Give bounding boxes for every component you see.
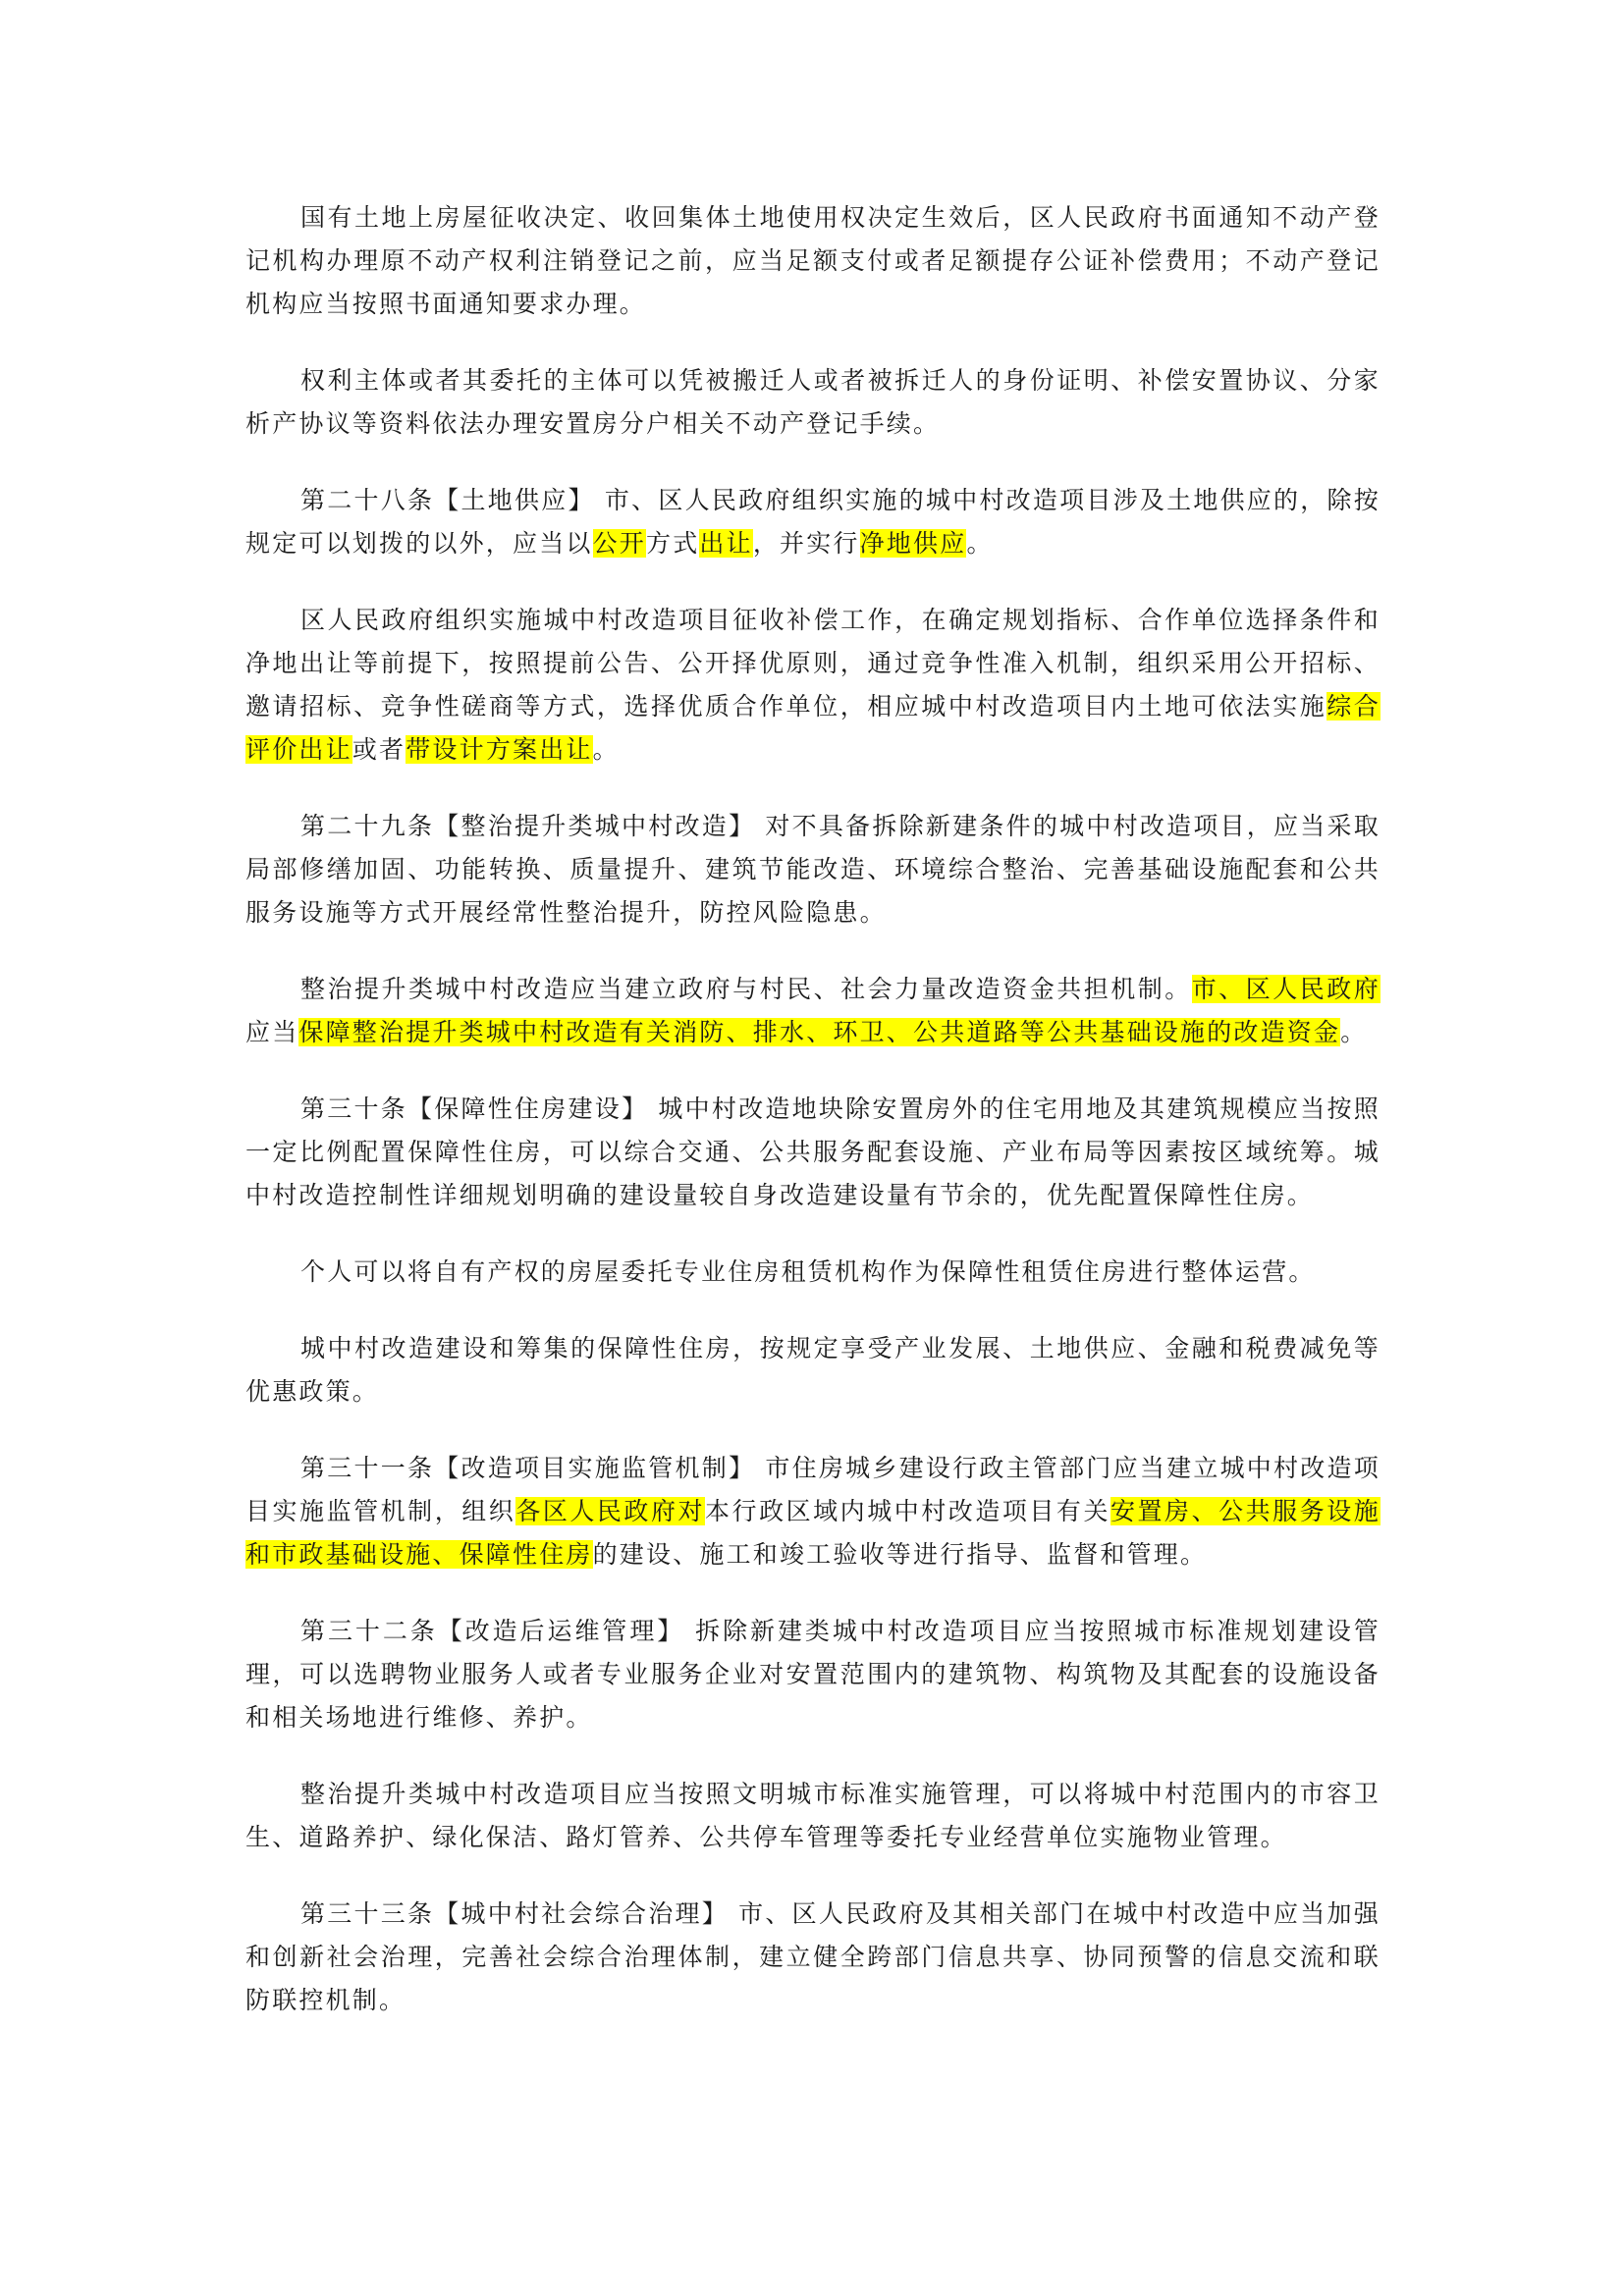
text-segment: 国有土地上房屋征收决定、收回集体土地使用权决定生效后，区人民政府书面通知不动产登… [245,203,1380,318]
paragraph: 第三十条【保障性住房建设】 城中村改造地块除安置房外的住宅用地及其建筑规模应当按… [245,1088,1380,1217]
document-page: 国有土地上房屋征收决定、收回集体土地使用权决定生效后，区人民政府书面通知不动产登… [245,196,1380,2056]
paragraph: 第三十三条【城中村社会综合治理】 市、区人民政府及其相关部门在城中村改造中应当加… [245,1893,1380,2022]
paragraph: 个人可以将自有产权的房屋委托专业住房租赁机构作为保障性租赁住房进行整体运营。 [245,1251,1380,1294]
highlighted-text: 保障整治提升类城中村改造有关消防、排水、环卫、公共道路等公共基础设施的改造资金 [298,1018,1340,1046]
text-segment: 城中村改造建设和筹集的保障性住房，按规定享受产业发展、土地供应、金融和税费减免等… [245,1334,1380,1406]
highlighted-text: 带设计方案出让 [406,735,592,764]
highlighted-text: 公开 [593,529,646,558]
text-segment: 权利主体或者其委托的主体可以凭被搬迁人或者被拆迁人的身份证明、补偿安置协议、分家… [245,366,1380,438]
text-segment: 整治提升类城中村改造应当建立政府与村民、社会力量改造资金共担机制。 [300,975,1192,1003]
paragraph: 城中村改造建设和筹集的保障性住房，按规定享受产业发展、土地供应、金融和税费减免等… [245,1327,1380,1414]
text-segment: 第三十三条【城中村社会综合治理】 市、区人民政府及其相关部门在城中村改造中应当加… [245,1899,1380,2014]
text-segment: 。 [966,529,993,558]
text-segment: 应当 [245,1018,298,1046]
highlighted-text: 各区人民政府对 [515,1497,705,1525]
highlighted-text: 出让 [699,529,752,558]
paragraph: 整治提升类城中村改造项目应当按照文明城市标准实施管理，可以将城中村范围内的市容卫… [245,1773,1380,1859]
text-segment: 整治提升类城中村改造项目应当按照文明城市标准实施管理，可以将城中村范围内的市容卫… [245,1780,1380,1851]
text-segment: 。 [1340,1018,1367,1046]
text-segment: 方式 [646,529,699,558]
paragraph: 第二十九条【整治提升类城中村改造】 对不具备拆除新建条件的城中村改造项目，应当采… [245,805,1380,934]
paragraph: 整治提升类城中村改造应当建立政府与村民、社会力量改造资金共担机制。市、区人民政府… [245,968,1380,1054]
text-segment: 第三十二条【改造后运维管理】 拆除新建类城中村改造项目应当按照城市标准规划建设管… [245,1617,1380,1732]
text-segment: ，并实行 [753,529,860,558]
paragraph: 国有土地上房屋征收决定、收回集体土地使用权决定生效后，区人民政府书面通知不动产登… [245,196,1380,326]
paragraph: 第三十一条【改造项目实施监管机制】 市住房城乡建设行政主管部门应当建立城中村改造… [245,1447,1380,1576]
text-segment: 。 [593,735,620,764]
paragraph: 第二十八条【土地供应】 市、区人民政府组织实施的城中村改造项目涉及土地供应的，除… [245,479,1380,565]
paragraph: 区人民政府组织实施城中村改造项目征收补偿工作，在确定规划指标、合作单位选择条件和… [245,599,1380,772]
text-segment: 第二十九条【整治提升类城中村改造】 对不具备拆除新建条件的城中村改造项目，应当采… [245,812,1380,927]
text-segment: 区人民政府组织实施城中村改造项目征收补偿工作，在确定规划指标、合作单位选择条件和… [245,606,1380,721]
highlighted-text: 净地供应 [860,529,967,558]
paragraph: 第三十二条【改造后运维管理】 拆除新建类城中村改造项目应当按照城市标准规划建设管… [245,1610,1380,1739]
paragraph: 权利主体或者其委托的主体可以凭被搬迁人或者被拆迁人的身份证明、补偿安置协议、分家… [245,359,1380,446]
text-segment: 本行政区域内城中村改造项目有关 [705,1497,1110,1525]
text-segment: 的建设、施工和竣工验收等进行指导、监督和管理。 [593,1540,1208,1569]
text-segment: 第三十条【保障性住房建设】 城中村改造地块除安置房外的住宅用地及其建筑规模应当按… [245,1095,1380,1209]
text-segment: 或者 [352,735,406,764]
text-segment: 个人可以将自有产权的房屋委托专业住房租赁机构作为保障性租赁住房进行整体运营。 [300,1257,1316,1286]
highlighted-text: 市、区人民政府 [1192,975,1380,1003]
